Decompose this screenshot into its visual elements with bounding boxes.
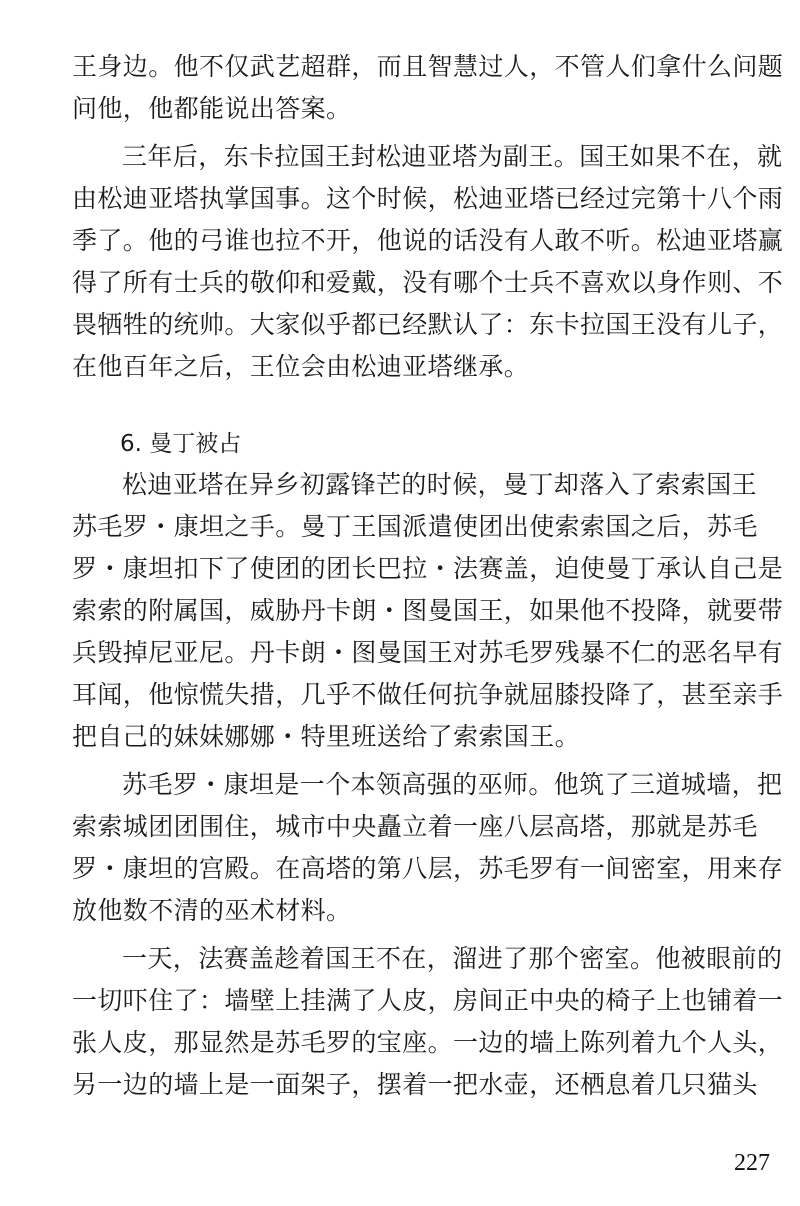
text-line: 苏毛罗・康坦是一个本领高强的巫师。他筑了三道城墙，把 [72,764,732,806]
text-line: 另一边的墙上是一面架子，摆着一把水壶，还栖息着几只猫头 [72,1064,732,1106]
text-line: 问他，他都能说出答案。 [72,88,732,130]
text-line: 兵毁掉尼亚尼。丹卡朗・图曼国王对苏毛罗残暴不仁的恶名早有 [72,632,732,674]
section-heading: 6. 曼丁被占 [72,424,732,464]
text-line: 由松迪亚塔执掌国事。这个时候，松迪亚塔已经过完第十八个雨 [72,178,732,220]
text-line: 得了所有士兵的敬仰和爱戴，没有哪个士兵不喜欢以身作则、不 [72,262,732,304]
paragraph: 王身边。他不仅武艺超群，而且智慧过人，不管人们拿什么问题 问他，他都能说出答案。 [72,46,732,130]
text-line: 把自己的妹妹娜娜・特里班送给了索索国王。 [72,716,732,758]
text-line: 张人皮，那显然是苏毛罗的宝座。一边的墙上陈列着九个人头， [72,1022,732,1064]
paragraph: 三年后，东卡拉国王封松迪亚塔为副王。国王如果不在，就 由松迪亚塔执掌国事。这个时… [72,136,732,388]
text-line: 罗・康坦的宫殿。在高塔的第八层，苏毛罗有一间密室，用来存 [72,848,732,890]
text-line: 在他百年之后，王位会由松迪亚塔继承。 [72,346,732,388]
book-page: 王身边。他不仅武艺超群，而且智慧过人，不管人们拿什么问题 问他，他都能说出答案。… [72,46,732,1106]
text-line: 一切吓住了：墙壁上挂满了人皮，房间正中央的椅子上也铺着一 [72,980,732,1022]
text-line: 索索城团团围住，城市中央矗立着一座八层高塔，那就是苏毛 [72,806,732,848]
text-line: 王身边。他不仅武艺超群，而且智慧过人，不管人们拿什么问题 [72,46,732,88]
page-number: 227 [734,1150,770,1177]
paragraph: 松迪亚塔在异乡初露锋芒的时候，曼丁却落入了索索国王 苏毛罗・康坦之手。曼丁王国派… [72,464,732,758]
text-line: 索索的附属国，威胁丹卡朗・图曼国王，如果他不投降，就要带 [72,590,732,632]
text-line: 松迪亚塔在异乡初露锋芒的时候，曼丁却落入了索索国王 [72,464,732,506]
text-line: 苏毛罗・康坦之手。曼丁王国派遣使团出使索索国之后，苏毛 [72,506,732,548]
text-line: 罗・康坦扣下了使团的团长巴拉・法赛盖，迫使曼丁承认自己是 [72,548,732,590]
text-line: 季了。他的弓谁也拉不开，他说的话没有人敢不听。松迪亚塔赢 [72,220,732,262]
paragraph: 一天，法赛盖趁着国王不在，溜进了那个密室。他被眼前的 一切吓住了：墙壁上挂满了人… [72,938,732,1106]
text-line: 放他数不清的巫术材料。 [72,890,732,932]
text-line: 一天，法赛盖趁着国王不在，溜进了那个密室。他被眼前的 [72,938,732,980]
text-line: 三年后，东卡拉国王封松迪亚塔为副王。国王如果不在，就 [72,136,732,178]
text-line: 耳闻，他惊慌失措，几乎不做任何抗争就屈膝投降了，甚至亲手 [72,674,732,716]
paragraph: 苏毛罗・康坦是一个本领高强的巫师。他筑了三道城墙，把 索索城团团围住，城市中央矗… [72,764,732,932]
text-line: 畏牺牲的统帅。大家似乎都已经默认了：东卡拉国王没有儿子， [72,304,732,346]
